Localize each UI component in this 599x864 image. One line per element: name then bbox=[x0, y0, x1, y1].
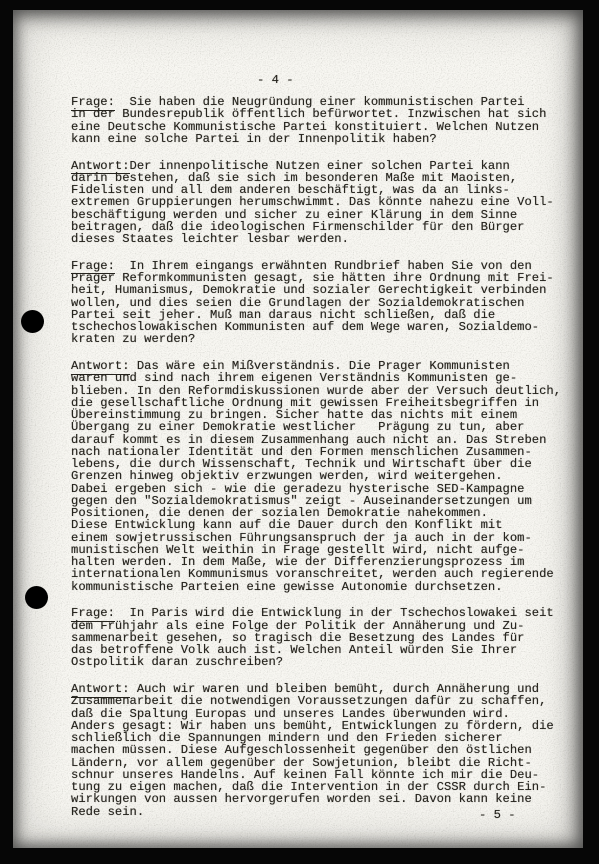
question-text: dem Frühjahr als eine Folge der Politik … bbox=[71, 619, 524, 670]
answer-paragraph: Antwort: Das wäre ein Mißverständnis. Di… bbox=[71, 360, 563, 593]
answer-paragraph: Antwort:Der innenpolitische Nutzen einer… bbox=[71, 160, 563, 246]
document-body: Frage: Sie haben die Neugründung einer k… bbox=[71, 96, 563, 832]
page-number-bottom: - 5 - bbox=[479, 809, 516, 821]
answer-paragraph: Antwort: Auch wir waren und bleiben bemü… bbox=[71, 683, 563, 818]
question-text: in der Bundesrepublik öffentlich befürwo… bbox=[71, 107, 546, 146]
question-paragraph: Frage: Sie haben die Neugründung einer k… bbox=[71, 96, 563, 145]
punch-hole-bottom bbox=[25, 586, 48, 609]
answer-text: darin bestehen, daß sie sich im besonder… bbox=[71, 171, 554, 246]
question-paragraph: Frage: In Ihrem eingangs erwähnten Rundb… bbox=[71, 260, 563, 346]
answer-text: Zusammenarbeit die notwendigen Vorausset… bbox=[71, 694, 554, 818]
punch-hole-top bbox=[21, 310, 44, 333]
answer-text: waren und sind nach ihrem eigenen Verstä… bbox=[71, 371, 561, 593]
question-text: Prager Reformkommunisten gesagt, sie hät… bbox=[71, 271, 554, 346]
scanned-page: - 4 - Frage: Sie haben die Neugründung e… bbox=[13, 10, 583, 848]
page-number-top: - 4 - bbox=[257, 74, 294, 86]
question-paragraph: Frage: In Paris wird die Entwicklung in … bbox=[71, 607, 563, 668]
